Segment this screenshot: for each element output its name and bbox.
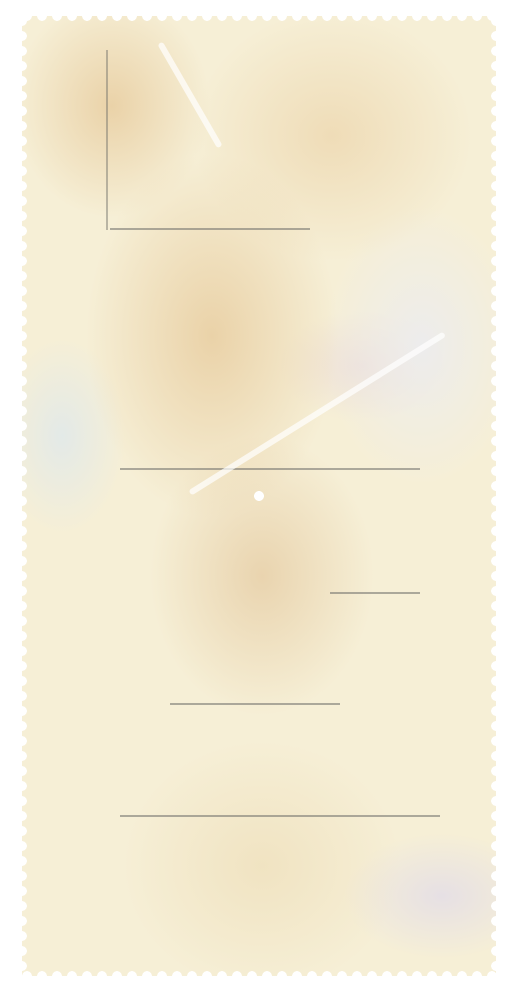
perforation-bottom (22, 971, 496, 981)
pencil-line-5 (120, 815, 440, 817)
pencil-line-vertical (106, 50, 108, 230)
pencil-line-3 (330, 592, 420, 594)
pencil-line-2 (120, 468, 420, 470)
stamp-back (22, 16, 496, 976)
perforation-right (491, 16, 501, 976)
perforation-left (17, 16, 27, 976)
pencil-line-4 (170, 703, 340, 705)
perforation-top (22, 11, 496, 21)
pencil-line-1 (110, 228, 310, 230)
